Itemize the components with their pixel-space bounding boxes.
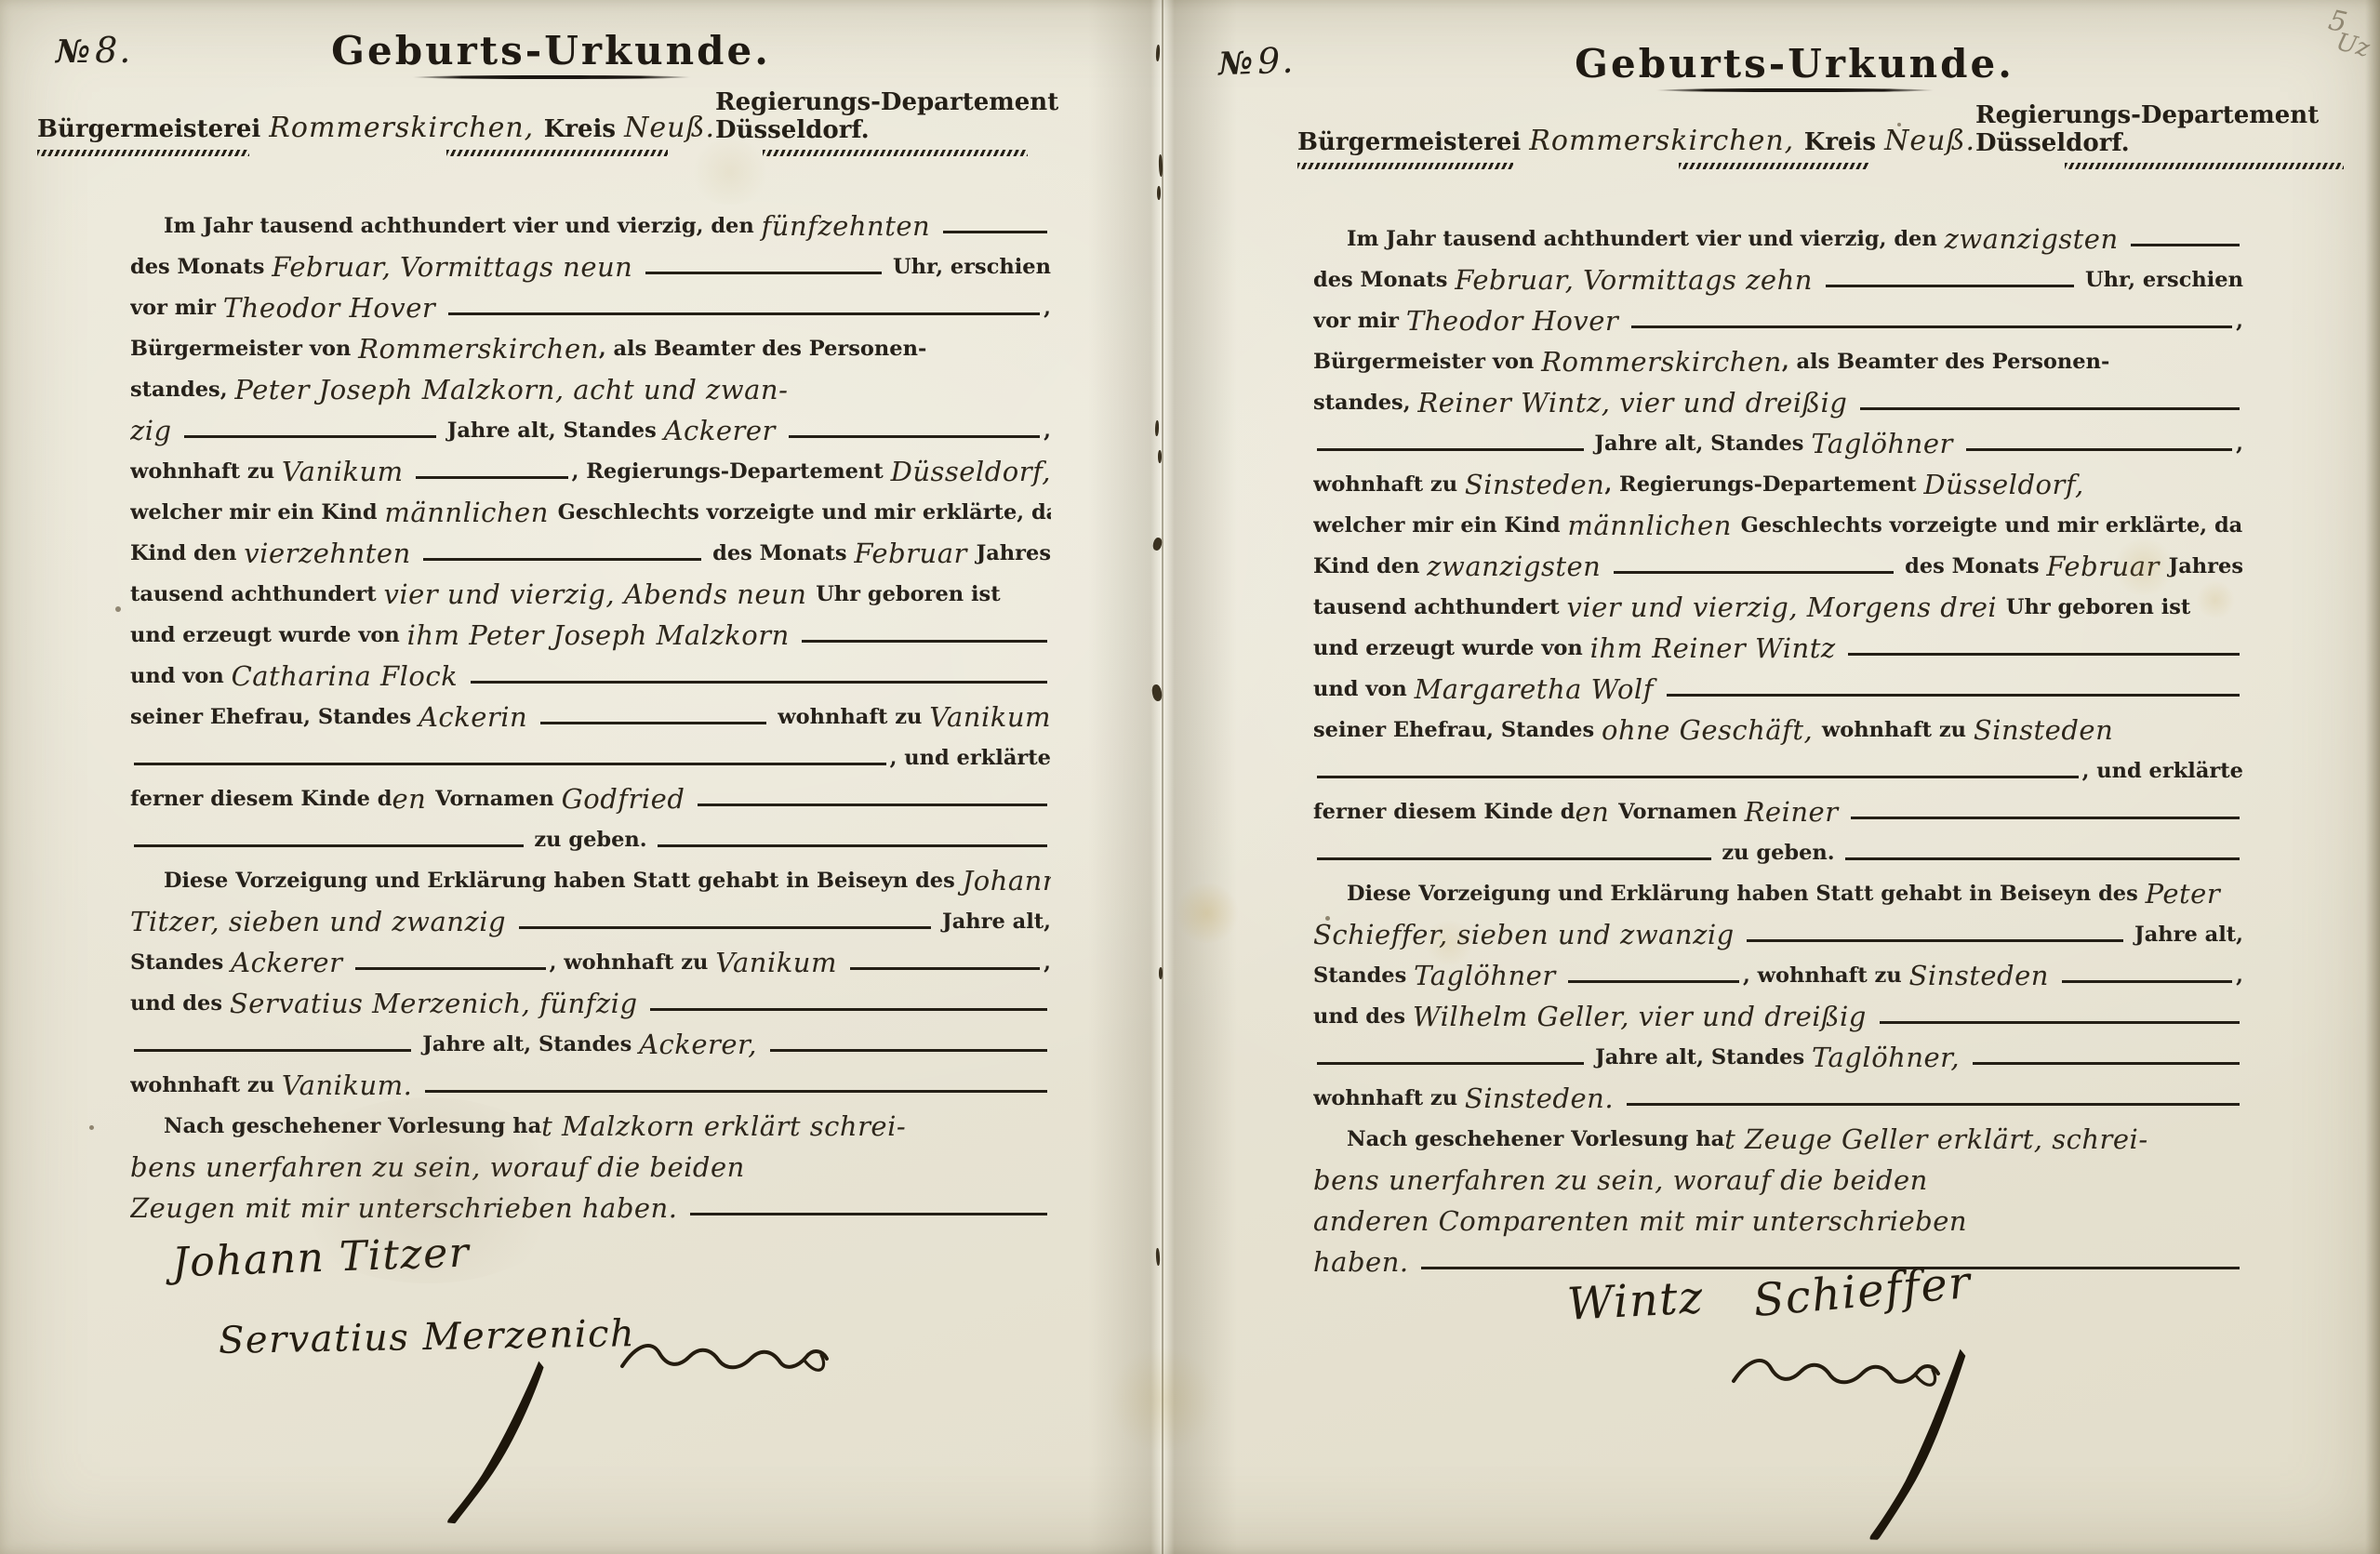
printed-text: und erzeugt wurde von [130, 625, 407, 653]
handwritten-text: ohne Geschäft, [1602, 717, 1822, 747]
printed-text: wohnhaft zu [1822, 720, 1974, 748]
handwritten-text: männlichen [1567, 512, 1740, 542]
printed-text: Uhr, erschien [885, 257, 1051, 285]
handwritten-text: männlichen [384, 499, 557, 529]
handwritten-text: Februar [2046, 553, 2168, 583]
binding-stitch [1157, 186, 1161, 200]
form-line: Jahre alt, Standes Ackerer, [130, 1020, 1051, 1061]
form-line: und des Servatius Merzenich, fünfzig [130, 979, 1051, 1020]
handwritten-text: Vanikum [282, 458, 413, 488]
ruled-dash [1845, 857, 2240, 860]
form-line: tausend achthundert vier und vierzig, Mo… [1313, 583, 2243, 624]
handwritten-text: vier und vierzig, Abends neun [383, 581, 816, 611]
ruled-dash [789, 435, 1041, 438]
printed-text: Uhr, erschien [2078, 270, 2243, 298]
form-line: zu geben. [130, 816, 1051, 857]
ruled-dash [423, 558, 701, 561]
ruled-dash [1973, 1062, 2240, 1065]
municipality-value: Rommerskirchen, [1529, 125, 1803, 157]
printed-text: wohnhaft zu [770, 707, 929, 735]
form-line: Titzer, sieben und zwanzig Jahre alt, [130, 897, 1051, 938]
form-line: wohnhaft zu Vanikum , Regierungs-Departe… [130, 447, 1051, 488]
ruled-dash [2131, 244, 2240, 246]
form-line: wohnhaft zu Vanikum. [130, 1061, 1051, 1102]
handwritten-text: Titzer, sieben und zwanzig [130, 909, 515, 938]
ruled-dash [425, 1090, 1047, 1093]
ruled-dash [1848, 653, 2240, 656]
printed-text: vor mir [1313, 311, 1406, 339]
form-line: und des Wilhelm Geller, vier und dreißig [1313, 992, 2243, 1033]
printed-text: ferner diesem Kinde d [130, 789, 392, 817]
ruled-dash [1860, 407, 2240, 410]
record-number: № 8. [56, 30, 132, 71]
printed-text: Jahres [2169, 556, 2243, 584]
ink-speck [1897, 123, 1901, 126]
ruled-dash [355, 967, 545, 970]
ruled-dash [134, 1049, 411, 1052]
binding-stitch [1158, 450, 1162, 463]
ink-speck [89, 1125, 94, 1130]
form-line: und erzeugt wurde von ihm Reiner Wintz [1313, 624, 2243, 665]
form-line: zig Jahre alt, Standes Ackerer , [130, 406, 1051, 447]
form-line: und von Catharina Flock [130, 652, 1051, 693]
printed-text: Standes [1313, 965, 1414, 993]
handwritten-text: zwanzigsten [1427, 553, 1610, 583]
printed-text: wohnhaft zu [130, 461, 282, 489]
form-body: Im Jahr tausend achthundert vier und vie… [130, 202, 1051, 1225]
binding-stitch [1156, 45, 1161, 61]
printed-text: seiner Ehefrau, Standes [130, 707, 419, 735]
printed-text: , als Beamter des Personen- [1782, 352, 2110, 379]
printed-text: Nach geschehener Vorlesung ha [1347, 1129, 1724, 1157]
ruled-dash [134, 844, 524, 847]
flourish-rule [37, 150, 249, 156]
ruled-dash [1966, 448, 2233, 451]
ruled-dash [645, 272, 882, 274]
printed-text: Uhr geboren ist [2006, 597, 2190, 625]
header-sub-row: Bürgermeisterei Rommerskirchen, Kreis Ne… [23, 88, 1079, 144]
handwritten-text: Ackerer [231, 950, 352, 979]
handwritten-text: Vanikum. [282, 1072, 421, 1102]
printed-text: standes, [130, 379, 234, 407]
district-label: Kreis [1804, 128, 1884, 156]
printed-text: Jahre alt, [935, 911, 1051, 939]
form-line: Jahre alt, Standes Taglöhner , [1313, 419, 2243, 460]
ruled-dash [850, 967, 1040, 970]
ruled-dash [690, 1213, 1047, 1215]
ruled-dash [519, 926, 931, 929]
decorative-rules [1209, 163, 2380, 174]
printed-text: und von [1313, 679, 1415, 707]
handwritten-text: Schieffer, sieben und zwanzig [1313, 922, 1743, 951]
handwritten-text: haben. [1313, 1249, 1417, 1279]
form-line: ferner diesem Kinde den Vornamen Godfrie… [130, 775, 1051, 816]
ink-speck [115, 606, 121, 612]
district-value: Neuß. [624, 112, 715, 144]
form-line: Bürgermeister von Rommerskirchen, als Be… [130, 325, 1051, 365]
form-line: wohnhaft zu Sinsteden, Regierungs-Depart… [1313, 460, 2243, 501]
flourish-rule [763, 150, 1028, 156]
printed-text: , [1044, 298, 1051, 325]
ruled-dash [770, 1049, 1047, 1052]
form-line: welcher mir ein Kind männlichen Geschlec… [1313, 501, 2243, 542]
ruled-dash [1317, 857, 1711, 860]
printed-text: tausend achthundert [1313, 597, 1566, 625]
handwritten-text: Sinsteden [1974, 717, 2113, 747]
form-line: welcher mir ein Kind männlichen Geschlec… [130, 488, 1051, 529]
form-line: seiner Ehefrau, Standes ohne Geschäft, w… [1313, 706, 2243, 747]
handwritten-text: zwanzigsten [1945, 226, 2128, 256]
form-line: und erzeugt wurde von ihm Peter Joseph M… [130, 611, 1051, 652]
pen-flourish-stroke [1856, 1344, 1970, 1543]
printed-text: , und erklärte [2082, 761, 2243, 789]
form-line: standes, Reiner Wintz, vier und dreißig [1313, 379, 2243, 419]
printed-text: standes, [1313, 392, 1417, 420]
flourish-rule [1297, 163, 1513, 169]
form-body: Im Jahr tausend achthundert vier und vie… [1313, 215, 2243, 1279]
printed-text: Jahre alt, Standes [1588, 1047, 1812, 1075]
handwritten-text: Düsseldorf, [891, 458, 1051, 488]
handwritten-text: Sinsteden [1909, 963, 2058, 992]
ruled-dash [658, 844, 1047, 847]
handwritten-text: bens unerfahren zu sein, worauf die beid… [1313, 1167, 1928, 1197]
printed-text: , [2236, 433, 2243, 461]
handwritten-text: Ackerin [419, 704, 537, 734]
ruled-dash [650, 1008, 1047, 1011]
ruled-dash [1568, 980, 1739, 983]
printed-text: und von [130, 666, 232, 694]
flourish-rule [2065, 163, 2344, 169]
ruled-dash [1614, 571, 1894, 574]
handwritten-text: Wilhelm Geller, vier und dreißig [1413, 1003, 1876, 1033]
handwritten-text: Ackerer [664, 418, 785, 447]
printed-text: Jahre alt, [2127, 924, 2243, 952]
page-header: № 9. Geburts-Urkunde. Bürgermeisterei Ro… [1209, 0, 2380, 174]
ruled-dash [802, 640, 1047, 643]
form-line: Kind den zwanzigsten des Monats Februar … [1313, 542, 2243, 583]
ruled-dash [416, 476, 567, 479]
handwritten-text: Februar [854, 540, 976, 570]
ruled-dash [2062, 980, 2233, 983]
printed-text: , Regierungs-Departement [1604, 474, 1923, 502]
form-line: des Monats Februar, Vormittags neun Uhr,… [130, 243, 1051, 284]
fold-crease-line [1162, 0, 1163, 1554]
printed-text: zu geben. [1715, 843, 1842, 870]
printed-text: Nach geschehener Vorlesung ha [164, 1116, 541, 1144]
title-underline [412, 75, 691, 79]
handwritten-text: anderen Comparenten mit mir unterschrieb… [1313, 1208, 1967, 1238]
form-line: Nach geschehener Vorlesung hat Zeuge Gel… [1313, 1115, 2243, 1156]
handwritten-text: Düsseldorf, [1923, 472, 2083, 501]
title-underline [1655, 88, 1935, 92]
printed-text: , Regierungs-Departement [572, 461, 891, 489]
handwritten-text: Vanikum [715, 950, 846, 979]
ruled-dash [1317, 776, 2079, 778]
printed-text: Standes [130, 952, 231, 980]
ruled-dash [1627, 1103, 2240, 1106]
binding-stitch [1156, 1248, 1161, 1266]
handwritten-text: Rommerskirchen [1541, 349, 1782, 379]
printed-text: des Monats [1313, 270, 1455, 298]
certificate-page-9: № 9. Geburts-Urkunde. Bürgermeisterei Ro… [1209, 0, 2380, 1554]
district-label: Kreis [544, 115, 624, 143]
printed-text: Vornamen [1618, 802, 1745, 830]
witness-signature: Wintz [1566, 1271, 1706, 1331]
signature-area: Johann Titzer Servatius Merzenich [23, 1225, 1079, 1504]
ruled-dash [698, 804, 1047, 806]
printed-text: Jahre alt, Standes [1588, 433, 1812, 461]
handwritten-text: bens unerfahren zu sein, worauf die beid… [130, 1154, 745, 1184]
ruled-dash [1851, 817, 2240, 819]
binding-stitch [1159, 967, 1163, 979]
form-line: , und erklärte [1313, 747, 2243, 788]
certificate-page-8: № 8. Geburts-Urkunde. Bürgermeisterei Ro… [23, 0, 1079, 1554]
printed-text: , [2236, 311, 2243, 339]
printed-text: , [1044, 952, 1051, 980]
handwritten-text: vierzehnten [244, 540, 419, 570]
printed-text: Im Jahr tausend achthundert vier und vie… [1347, 229, 1945, 257]
printed-text: Bürgermeister von [130, 339, 358, 366]
printed-text: des Monats [1897, 556, 2046, 584]
printed-text: vor mir [130, 298, 223, 325]
handwritten-text: ihm Reiner Wintz [1590, 635, 1845, 665]
handwritten-text: t Malzkorn erklärt schrei- [541, 1113, 906, 1143]
ruled-dash [134, 763, 886, 765]
handwritten-text: Godfried [562, 786, 695, 816]
handwritten-text: Margaretha Wolf [1415, 676, 1663, 706]
municipality-value: Rommerskirchen, [269, 112, 543, 144]
record-number: № 9. [1217, 40, 1296, 84]
district-value: Neuß. [1884, 125, 1975, 157]
handwritten-text: vier und vierzig, Morgens drei [1566, 594, 2005, 624]
flourish-rule [446, 150, 668, 156]
form-line: vor mir Theodor Hover , [130, 284, 1051, 325]
printed-text: Geschlechts vorzeigte und mir erklärte, … [558, 502, 1051, 530]
printed-text: Uhr geboren ist [816, 584, 1000, 612]
form-line: Nach geschehener Vorlesung hat Malzkorn … [130, 1102, 1051, 1143]
printed-text: Diese Vorzeigung und Erklärung haben Sta… [1347, 883, 2146, 911]
form-line: und von Margaretha Wolf [1313, 665, 2243, 706]
record-number-value: 8. [95, 30, 132, 71]
handwritten-text: Taglöhner, [1812, 1044, 1969, 1074]
handwritten-text: Peter [2146, 881, 2221, 910]
printed-text: wohnhaft zu [1313, 1088, 1465, 1116]
printed-text: , [2236, 965, 2243, 993]
form-line: standes, Peter Joseph Malzkorn, acht und… [130, 365, 1051, 406]
ruled-dash [471, 681, 1047, 684]
binding-stitch [1155, 420, 1160, 436]
department-label: Regierungs-Departement Düsseldorf. [715, 88, 1068, 144]
form-line: Diese Vorzeigung und Erklärung haben Sta… [1313, 870, 2243, 910]
ruled-dash [1826, 285, 2075, 287]
printed-text: zu geben. [527, 830, 655, 857]
ruled-dash [1667, 694, 2240, 697]
handwritten-text: Rommerskirchen [358, 336, 599, 365]
municipality-label: Bürgermeisterei [1297, 128, 1529, 156]
printed-text: , wohnhaft zu [1743, 965, 1909, 993]
handwritten-text: Sinsteden. [1465, 1085, 1623, 1115]
printed-text: , als Beamter des Personen- [599, 339, 927, 366]
form-line: Bürgermeister von Rommerskirchen, als Be… [1313, 338, 2243, 379]
handwritten-text: Johann [963, 868, 1051, 897]
form-line: Diese Vorzeigung und Erklärung haben Sta… [130, 857, 1051, 897]
flourish-rule [1679, 163, 1869, 169]
pen-flourish-stroke [438, 1350, 549, 1531]
header-sub-row: Bürgermeisterei Rommerskirchen, Kreis Ne… [1209, 101, 2380, 157]
form-line: Standes Ackerer , wohnhaft zu Vanikum , [130, 938, 1051, 979]
handwritten-text: Reiner [1745, 799, 1848, 829]
record-number-value: 9. [1256, 40, 1296, 82]
printed-text: welcher mir ein Kind [130, 502, 384, 530]
form-line: Jahre alt, Standes Taglöhner, [1313, 1033, 2243, 1074]
form-line: Im Jahr tausend achthundert vier und vie… [1313, 215, 2243, 256]
decorative-rules [23, 150, 1079, 161]
printed-text: , [1044, 420, 1051, 448]
ink-speck [1325, 916, 1330, 921]
handwritten-text: en [392, 786, 436, 816]
municipality-label: Bürgermeisterei [37, 115, 269, 143]
form-line: zu geben. [1313, 829, 2243, 870]
printed-text: wohnhaft zu [1313, 474, 1465, 502]
paper-sheet: № 8. Geburts-Urkunde. Bürgermeisterei Ro… [0, 0, 2380, 1554]
handwritten-text: Vanikum [929, 704, 1051, 734]
handwritten-text: en [1576, 799, 1619, 829]
printed-text: , und erklärte [890, 748, 1051, 776]
ruled-dash [1631, 325, 2232, 328]
municipality-line: Bürgermeisterei Rommerskirchen, Kreis Ne… [1297, 125, 1975, 157]
ruled-dash [1747, 939, 2123, 942]
printed-text: des Monats [130, 257, 272, 285]
handwritten-text: Servatius Merzenich, fünfzig [230, 990, 646, 1020]
handwritten-text: Ackerer, [639, 1031, 766, 1061]
printed-text: tausend achthundert [130, 584, 383, 612]
handwritten-text: ihm Peter Joseph Malzkorn [407, 622, 799, 652]
ruled-dash [1317, 1062, 1584, 1065]
department-label: Regierungs-Departement Düsseldorf. [1975, 101, 2363, 157]
printed-text: Diese Vorzeigung und Erklärung haben Sta… [164, 870, 963, 898]
printed-text: , wohnhaft zu [550, 952, 716, 980]
printed-text: welcher mir ein Kind [1313, 515, 1567, 543]
handwritten-text: t Zeuge Geller erklärt, schrei- [1724, 1126, 2147, 1156]
handwritten-text: Taglöhner [1414, 963, 1564, 992]
ruled-dash [184, 435, 436, 438]
handwritten-text: Februar, Vormittags zehn [1455, 267, 1821, 297]
form-line: des Monats Februar, Vormittags zehn Uhr,… [1313, 256, 2243, 297]
page-header: № 8. Geburts-Urkunde. Bürgermeisterei Ro… [23, 0, 1079, 161]
form-line: wohnhaft zu Sinsteden. [1313, 1074, 2243, 1115]
form-line: Zeugen mit mir unterschrieben haben. [130, 1184, 1051, 1225]
scanned-birth-register-spread: { "annotations": { "corner_note_top": "5… [0, 0, 2380, 1554]
handwritten-text: Catharina Flock [232, 663, 467, 693]
printed-text: Bürgermeister von [1313, 352, 1541, 379]
printed-text: Kind den [130, 543, 244, 571]
ruled-dash [540, 722, 767, 724]
form-line: vor mir Theodor Hover , [1313, 297, 2243, 338]
signature-area: Wintz Schieffer [1209, 1279, 2380, 1554]
handwritten-text: Reiner Wintz, vier und dreißig [1417, 390, 1856, 419]
officiant-signature-flourish [618, 1329, 832, 1388]
form-line: anderen Comparenten mit mir unterschrieb… [1313, 1197, 2243, 1238]
handwritten-text: zig [130, 418, 180, 447]
handwritten-text: Taglöhner [1811, 431, 1961, 460]
form-line: ferner diesem Kinde den Vornamen Reiner [1313, 788, 2243, 829]
municipality-line: Bürgermeisterei Rommerskirchen, Kreis Ne… [37, 112, 715, 144]
form-line: tausend achthundert vier und vierzig, Ab… [130, 570, 1051, 611]
printed-text: Vornamen [435, 789, 562, 817]
handwritten-text: fünfzehnten [762, 213, 939, 243]
printed-text: seiner Ehefrau, Standes [1313, 720, 1602, 748]
printed-text: Jahre alt, Standes [415, 1034, 639, 1062]
form-line: Standes Taglöhner , wohnhaft zu Sinstede… [1313, 951, 2243, 992]
printed-text: und erzeugt wurde von [1313, 638, 1590, 666]
form-line: bens unerfahren zu sein, worauf die beid… [1313, 1156, 2243, 1197]
handwritten-text: Februar, Vormittags neun [272, 254, 642, 284]
page-edge-shadow [2365, 0, 2380, 1554]
printed-text: Jahres [977, 543, 1051, 571]
handwritten-text: Zeugen mit mir unterschrieben haben. [130, 1195, 686, 1225]
printed-text: wohnhaft zu [130, 1075, 282, 1103]
ruled-dash [943, 231, 1047, 233]
printed-text: und des [1313, 1006, 1413, 1034]
printed-text: Geschlechts vorzeigte und mir erklärte, … [1741, 515, 2243, 543]
page-title: Geburts-Urkunde. [1209, 41, 2380, 86]
form-line: , und erklärte [130, 734, 1051, 775]
handwritten-text: Peter Joseph Malzkorn, acht und zwan- [234, 377, 788, 406]
printed-text: ferner diesem Kinde d [1313, 802, 1576, 830]
witness-signature: Servatius Merzenich [219, 1312, 636, 1362]
printed-text: und des [130, 993, 230, 1021]
printed-text: des Monats [705, 543, 854, 571]
printed-text: Kind den [1313, 556, 1427, 584]
form-line: Im Jahr tausend achthundert vier und vie… [130, 202, 1051, 243]
form-line: seiner Ehefrau, Standes Ackerin wohnhaft… [130, 693, 1051, 734]
form-line: bens unerfahren zu sein, worauf die beid… [130, 1143, 1051, 1184]
printed-text: Jahre alt, Standes [440, 420, 664, 448]
numero-sign: № [56, 33, 90, 71]
form-line: Schieffer, sieben und zwanzig Jahre alt, [1313, 910, 2243, 951]
witness-signature: Johann Titzer [171, 1229, 471, 1286]
ruled-dash [1880, 1021, 2240, 1024]
page-title: Geburts-Urkunde. [23, 28, 1079, 73]
ruled-dash [448, 312, 1040, 315]
printed-text: Im Jahr tausend achthundert vier und vie… [164, 216, 762, 244]
numero-sign: № [1217, 45, 1253, 83]
ruled-dash [1317, 448, 1584, 451]
handwritten-text: Theodor Hover [223, 295, 445, 325]
handwritten-text: Theodor Hover [1406, 308, 1628, 338]
form-line: Kind den vierzehnten des Monats Februar … [130, 529, 1051, 570]
handwritten-text: Sinsteden [1465, 472, 1604, 501]
